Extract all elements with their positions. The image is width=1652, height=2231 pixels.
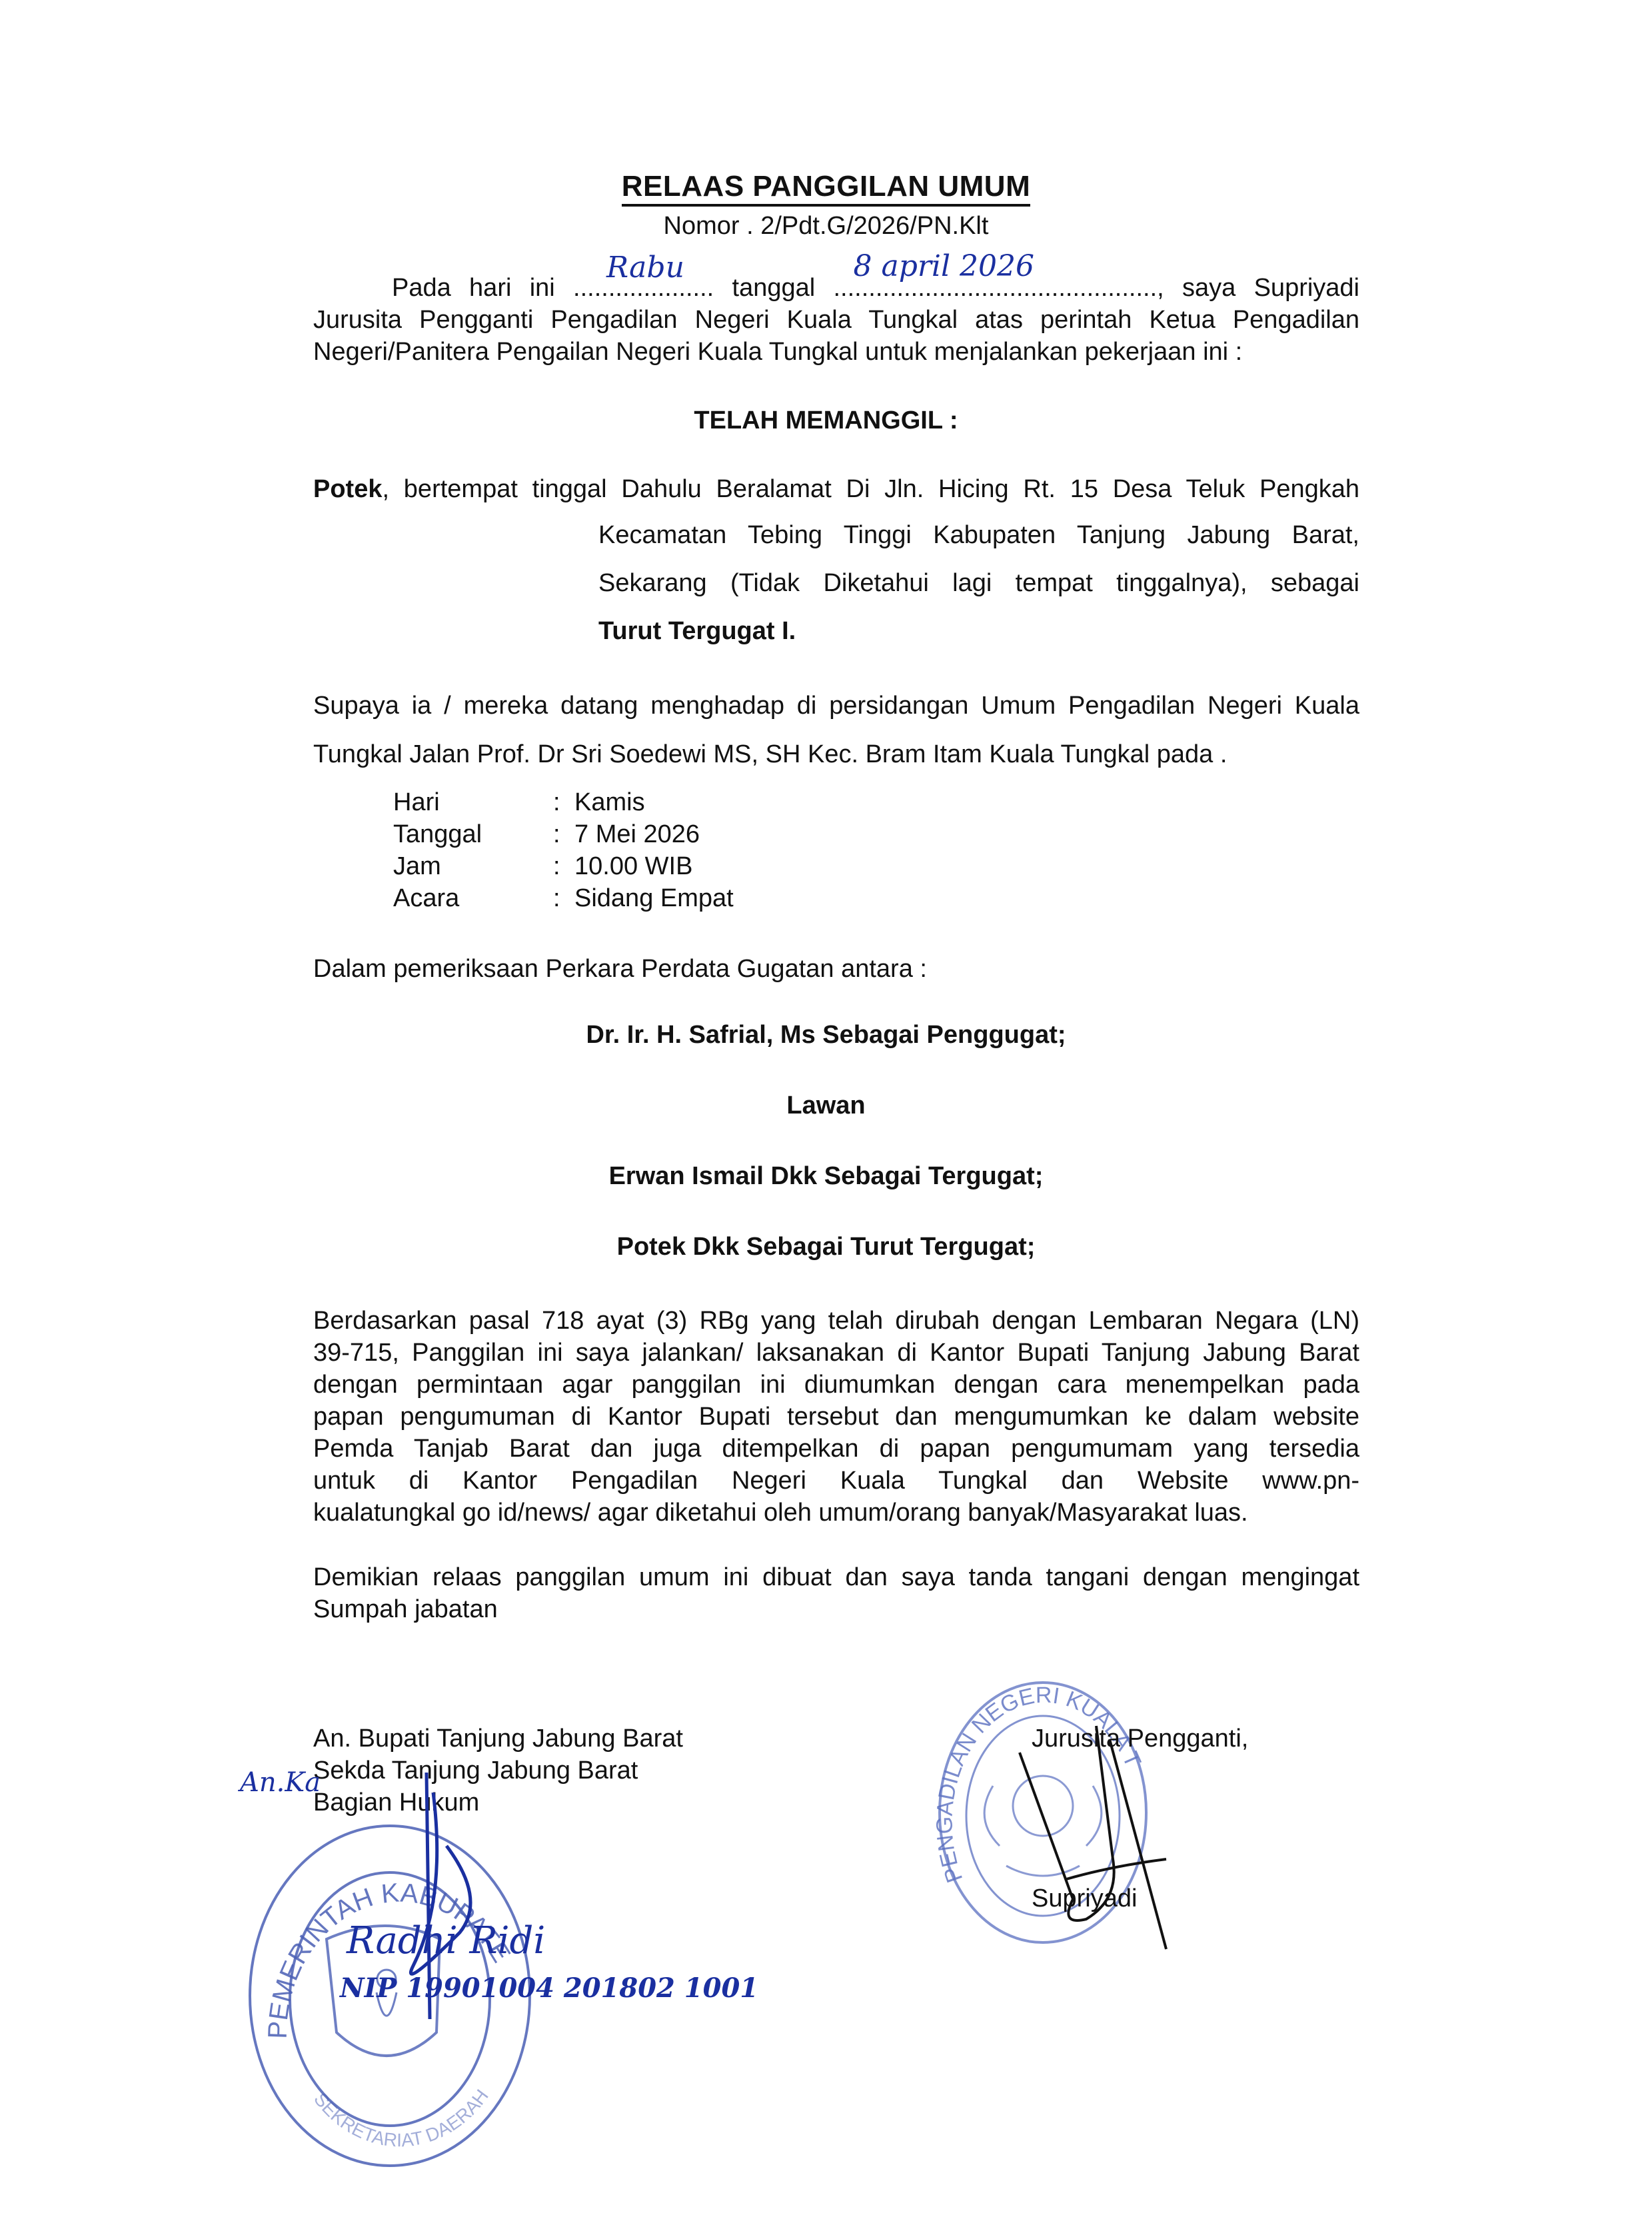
handwritten-day: Rabu xyxy=(606,252,684,284)
schedule-value: Kamis xyxy=(574,786,734,818)
opening-line-2: Jurusita Pengganti Pengadilan Negeri Kua… xyxy=(313,304,1359,336)
handwritten-date: 8 april 2026 xyxy=(854,251,1035,283)
handwritten-name-left: Radhi Ridi xyxy=(347,1919,545,1962)
opening-line-3: Negeri/Panitera Pengailan Negeri Kuala T… xyxy=(313,336,1359,368)
signature-left-line-1: An. Bupati Tanjung Jabung Barat xyxy=(313,1723,683,1755)
demikian-line: Sumpah jabatan xyxy=(313,1593,1359,1625)
handwritten-an-ka: An.Ka xyxy=(240,1767,321,1798)
party-line-2: Kecamatan Tebing Tinggi Kabupaten Tanjun… xyxy=(598,521,1359,550)
hari-fill-field: ....................Rabu xyxy=(573,272,714,304)
schedule-row: Jam:10.00 WIB xyxy=(393,850,734,882)
schedule-colon: : xyxy=(553,818,574,850)
lawan-line: Lawan xyxy=(0,1092,1652,1120)
schedule-label: Jam xyxy=(393,850,553,882)
signature-right-stroke-icon xyxy=(1013,1726,1213,1952)
tanggal-fill-field: ........................................… xyxy=(834,272,1158,304)
document-title: RELAAS PANGGILAN UMUM xyxy=(0,170,1652,203)
schedule-value: 10.00 WIB xyxy=(574,850,734,882)
schedule-label: Acara xyxy=(393,882,553,914)
berdasarkan-line: Pemda Tanjab Barat dan juga ditempelkan … xyxy=(313,1433,1359,1465)
opening-paragraph: Pada hari ini ....................Rabu t… xyxy=(313,272,1359,368)
berdasarkan-line: kualatungkal go id/news/ agar diketahui … xyxy=(313,1497,1359,1529)
case-number: Nomor . 2/Pdt.G/2026/PN.Klt xyxy=(0,212,1652,241)
svg-text:SEKRETARIAT DAERAH: SEKRETARIAT DAERAH xyxy=(310,2086,492,2151)
perkara-intro: Dalam pemeriksaan Perkara Perdata Gugata… xyxy=(313,953,1359,985)
schedule-value: 7 Mei 2026 xyxy=(574,818,734,850)
schedule-label: Hari xyxy=(393,786,553,818)
schedule-colon: : xyxy=(553,786,574,818)
schedule-colon: : xyxy=(553,850,574,882)
berdasarkan-line: 39-715, Panggilan ini saya jalankan/ lak… xyxy=(313,1337,1359,1369)
party-name: Potek xyxy=(313,475,382,503)
party-line-3: Sekarang (Tidak Diketahui lagi tempat ti… xyxy=(598,569,1359,598)
berdasarkan-line: dengan permintaan agar panggilan ini diu… xyxy=(313,1369,1359,1401)
turut-tergugat-line: Potek Dkk Sebagai Turut Tergugat; xyxy=(0,1233,1652,1261)
berdasarkan-paragraph: Berdasarkan pasal 718 ayat (3) RBg yang … xyxy=(313,1305,1359,1529)
opening-line-1: Pada hari ini ....................Rabu t… xyxy=(313,272,1359,304)
demikian-paragraph: Demikian relaas panggilan umum ini dibua… xyxy=(313,1561,1359,1625)
schedule-row: Hari:Kamis xyxy=(393,786,734,818)
schedule-table: Hari:KamisTanggal:7 Mei 2026Jam:10.00 WI… xyxy=(393,786,734,914)
schedule-row: Tanggal:7 Mei 2026 xyxy=(393,818,734,850)
supaya-line-2: Tungkal Jalan Prof. Dr Sri Soedewi MS, S… xyxy=(313,738,1359,770)
signature-right-name: Supriyadi xyxy=(1032,1882,1137,1914)
berdasarkan-line: Berdasarkan pasal 718 ayat (3) RBg yang … xyxy=(313,1305,1359,1337)
tergugat-line: Erwan Ismail Dkk Sebagai Tergugat; xyxy=(0,1162,1652,1191)
schedule-label: Tanggal xyxy=(393,818,553,850)
party-line-1: Potek, bertempat tinggal Dahulu Beralama… xyxy=(313,473,1359,505)
telah-memanggil-heading: TELAH MEMANGGIL : xyxy=(0,406,1652,435)
berdasarkan-line: papan pengumuman di Kantor Bupati terseb… xyxy=(313,1401,1359,1433)
schedule-row: Acara:Sidang Empat xyxy=(393,882,734,914)
berdasarkan-line: untuk di Kantor Pengadilan Negeri Kuala … xyxy=(313,1465,1359,1497)
schedule-colon: : xyxy=(553,882,574,914)
schedule-value: Sidang Empat xyxy=(574,882,734,914)
supaya-line-1: Supaya ia / mereka datang menghadap di p… xyxy=(313,690,1359,722)
demikian-line: Demikian relaas panggilan umum ini dibua… xyxy=(313,1561,1359,1593)
party-role: Turut Tergugat I. xyxy=(598,617,796,646)
penggugat-line: Dr. Ir. H. Safrial, Ms Sebagai Penggugat… xyxy=(0,1021,1652,1050)
handwritten-nip: NIP 19901004 201802 1001 xyxy=(340,1972,758,2004)
